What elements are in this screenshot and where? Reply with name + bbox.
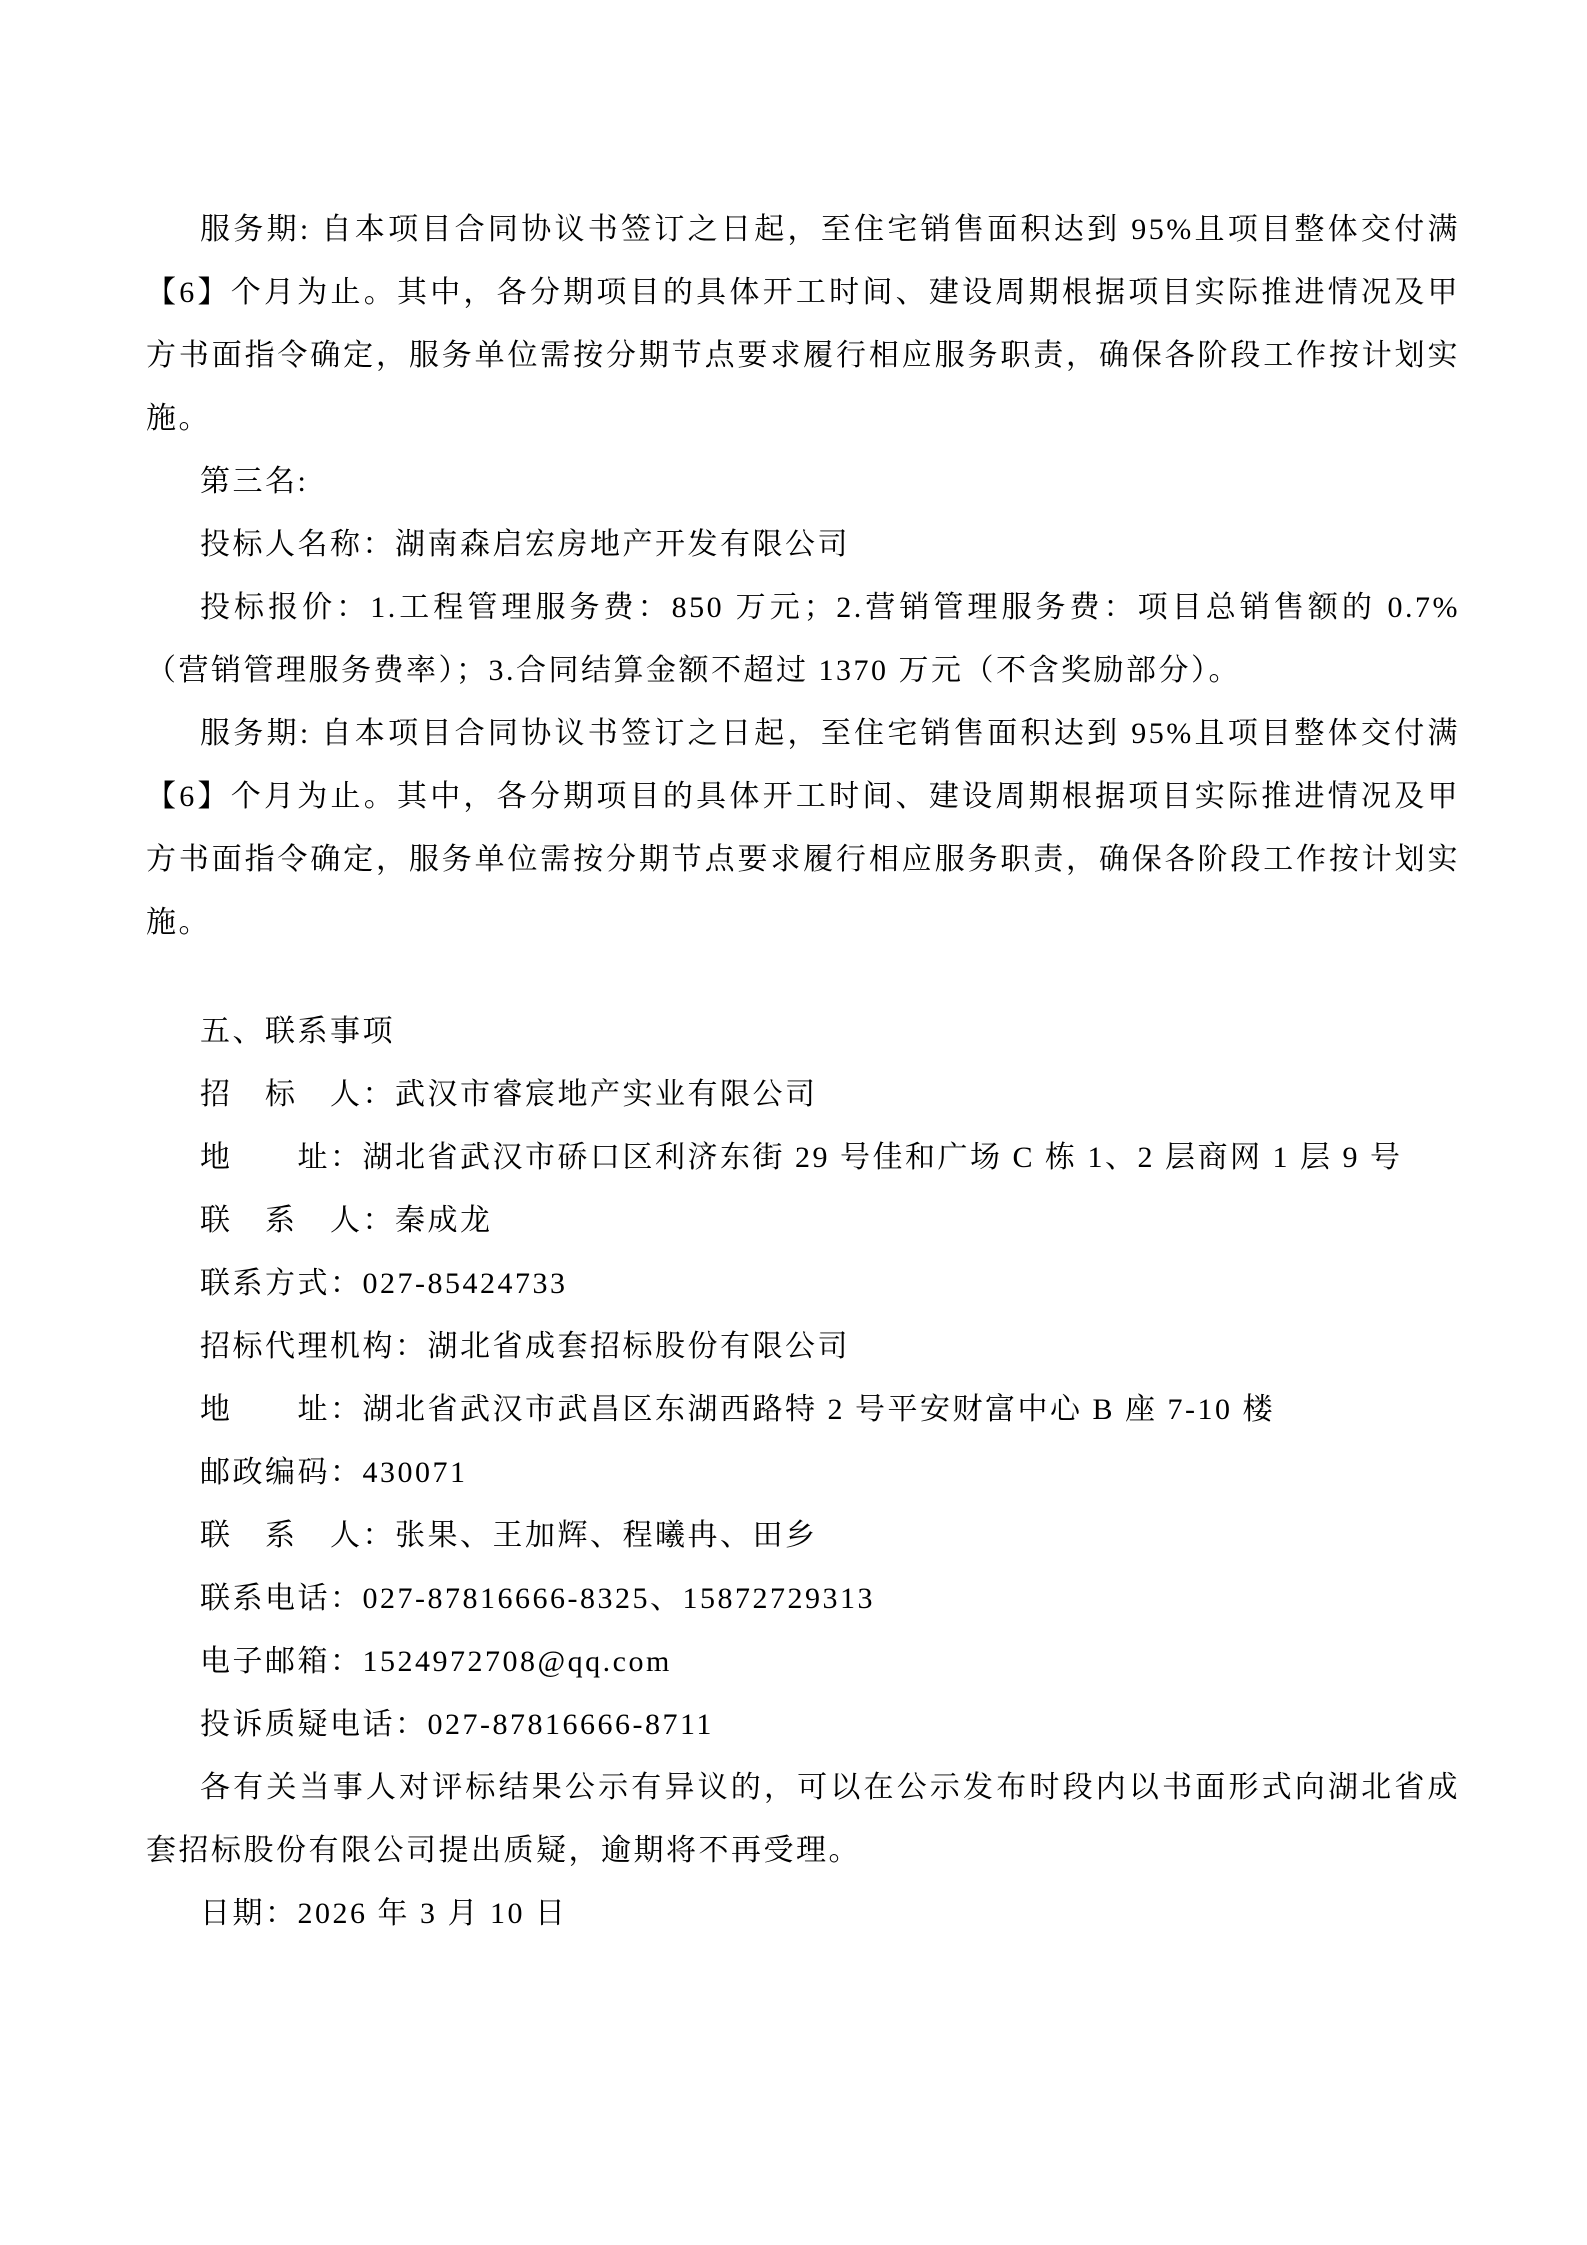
contact-section-heading: 五、联系事项: [146, 1000, 1460, 1063]
tenderer-address-line: 地 址：湖北省武汉市硚口区利济东街 29 号佳和广场 C 栋 1、2 层商网 1…: [146, 1126, 1460, 1189]
document-page: 服务期: 自本项目合同协议书签订之日起，至住宅销售面积达到 95%且项目整体交付…: [0, 0, 1587, 2245]
objection-notice-paragraph: 各有关当事人对评标结果公示有异议的，可以在公示发布时段内以书面形式向湖北省成套招…: [146, 1756, 1460, 1882]
tenderer-contact-person-line: 联 系 人：秦成龙: [146, 1189, 1460, 1252]
second-place-service-term-paragraph: 服务期: 自本项目合同协议书签订之日起，至住宅销售面积达到 95%且项目整体交付…: [146, 198, 1460, 450]
third-place-heading: 第三名:: [146, 450, 1460, 513]
agency-contact-persons-line: 联 系 人：张果、王加辉、程曦冉、田乡: [146, 1504, 1460, 1567]
agency-address-line: 地 址：湖北省武汉市武昌区东湖西路特 2 号平安财富中心 B 座 7-10 楼: [146, 1378, 1460, 1441]
agency-contact-phone-line: 联系电话：027-87816666-8325、15872729313: [146, 1567, 1460, 1630]
date-line: 日期：2026 年 3 月 10 日: [146, 1882, 1460, 1945]
agency-email-line: 电子邮箱：1524972708@qq.com: [146, 1630, 1460, 1693]
third-place-service-term-paragraph: 服务期: 自本项目合同协议书签订之日起，至住宅销售面积达到 95%且项目整体交付…: [146, 702, 1460, 954]
tenderer-line: 招 标 人：武汉市睿宸地产实业有限公司: [146, 1063, 1460, 1126]
agency-postal-code-line: 邮政编码：430071: [146, 1441, 1460, 1504]
tenderer-contact-phone-line: 联系方式：027-85424733: [146, 1252, 1460, 1315]
third-place-bidder-name: 投标人名称：湖南森启宏房地产开发有限公司: [146, 513, 1460, 576]
third-place-bid-price: 投标报价：1.工程管理服务费：850 万元；2.营销管理服务费：项目总销售额的 …: [146, 576, 1460, 702]
complaint-phone-line: 投诉质疑电话：027-87816666-8711: [146, 1693, 1460, 1756]
agency-line: 招标代理机构：湖北省成套招标股份有限公司: [146, 1315, 1460, 1378]
